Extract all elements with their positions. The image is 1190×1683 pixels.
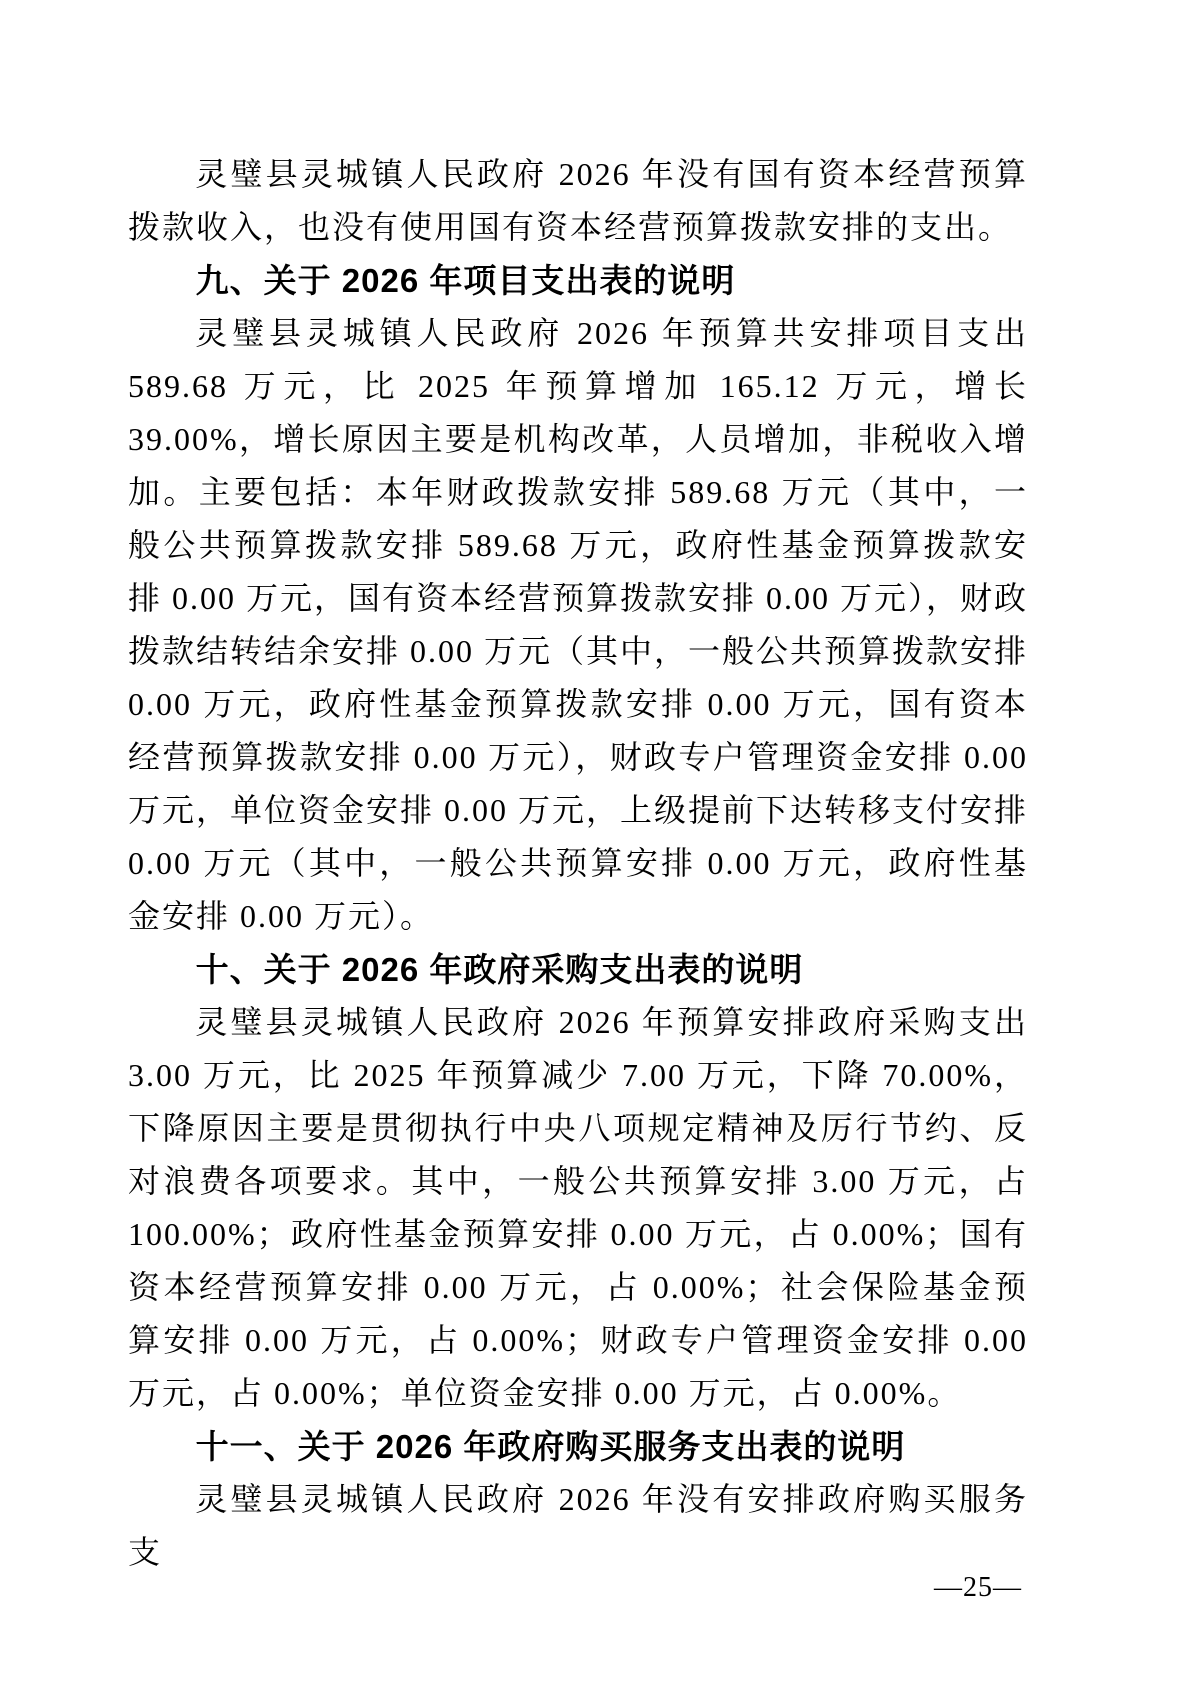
page-number: —25— [934, 1572, 1022, 1604]
paragraph-government-procurement-detail: 灵璧县灵城镇人民政府 2026 年预算安排政府采购支出 3.00 万元，比 20… [128, 996, 1028, 1420]
document-page: 灵璧县灵城镇人民政府 2026 年没有国有资本经营预算拨款收入，也没有使用国有资… [0, 0, 1190, 1683]
heading-section-10-government-procurement: 十、关于 2026 年政府采购支出表的说明 [128, 943, 1028, 996]
heading-section-11-purchased-services: 十一、关于 2026 年政府购买服务支出表的说明 [128, 1420, 1028, 1473]
paragraph-purchased-services-detail: 灵璧县灵城镇人民政府 2026 年没有安排政府购买服务支 [128, 1473, 1028, 1579]
paragraph-project-expenditure-detail: 灵璧县灵城镇人民政府 2026 年预算共安排项目支出 589.68 万元，比 2… [128, 307, 1028, 943]
paragraph-state-capital-budget: 灵璧县灵城镇人民政府 2026 年没有国有资本经营预算拨款收入，也没有使用国有资… [128, 148, 1028, 254]
document-content: 灵璧县灵城镇人民政府 2026 年没有国有资本经营预算拨款收入，也没有使用国有资… [128, 148, 1028, 1579]
heading-section-9-project-expenditure: 九、关于 2026 年项目支出表的说明 [128, 254, 1028, 307]
